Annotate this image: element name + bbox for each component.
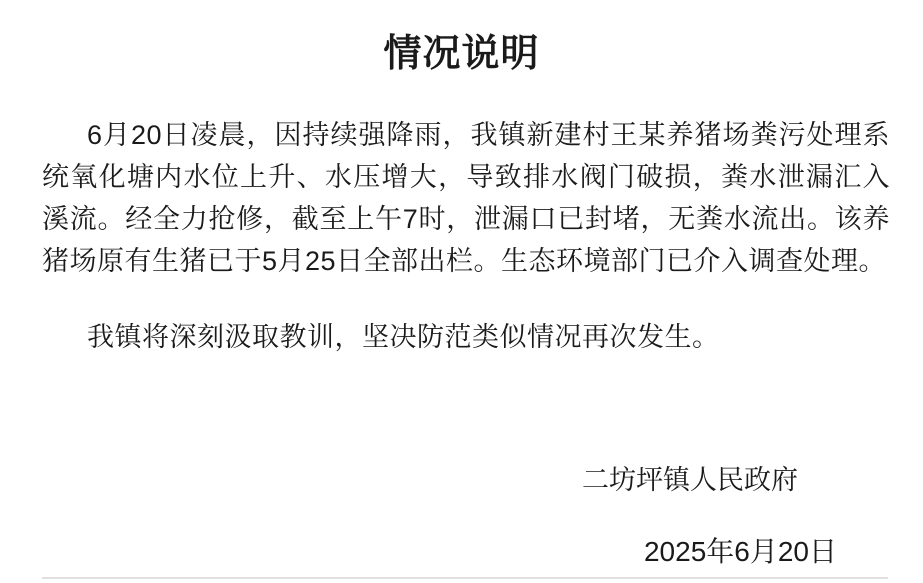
document-body: 6月20日凌晨，因持续强降雨，我镇新建村王某养猪场粪污处理系统氧化塘内水位上升、… (0, 114, 923, 570)
body-paragraph-commitment: 我镇将深刻汲取教训，坚决防范类似情况再次发生。 (42, 316, 890, 358)
signature-date: 2025年6月20日 (42, 534, 890, 570)
signature-issuer: 二坊坪镇人民政府 (42, 462, 890, 498)
bottom-divider-line (42, 577, 888, 579)
body-paragraph-incident: 6月20日凌晨，因持续强降雨，我镇新建村王某养猪场粪污处理系统氧化塘内水位上升、… (42, 114, 890, 282)
situation-statement-document: 情况说明 6月20日凌晨，因持续强降雨，我镇新建村王某养猪场粪污处理系统氧化塘内… (0, 0, 923, 583)
document-title: 情况说明 (0, 0, 923, 76)
